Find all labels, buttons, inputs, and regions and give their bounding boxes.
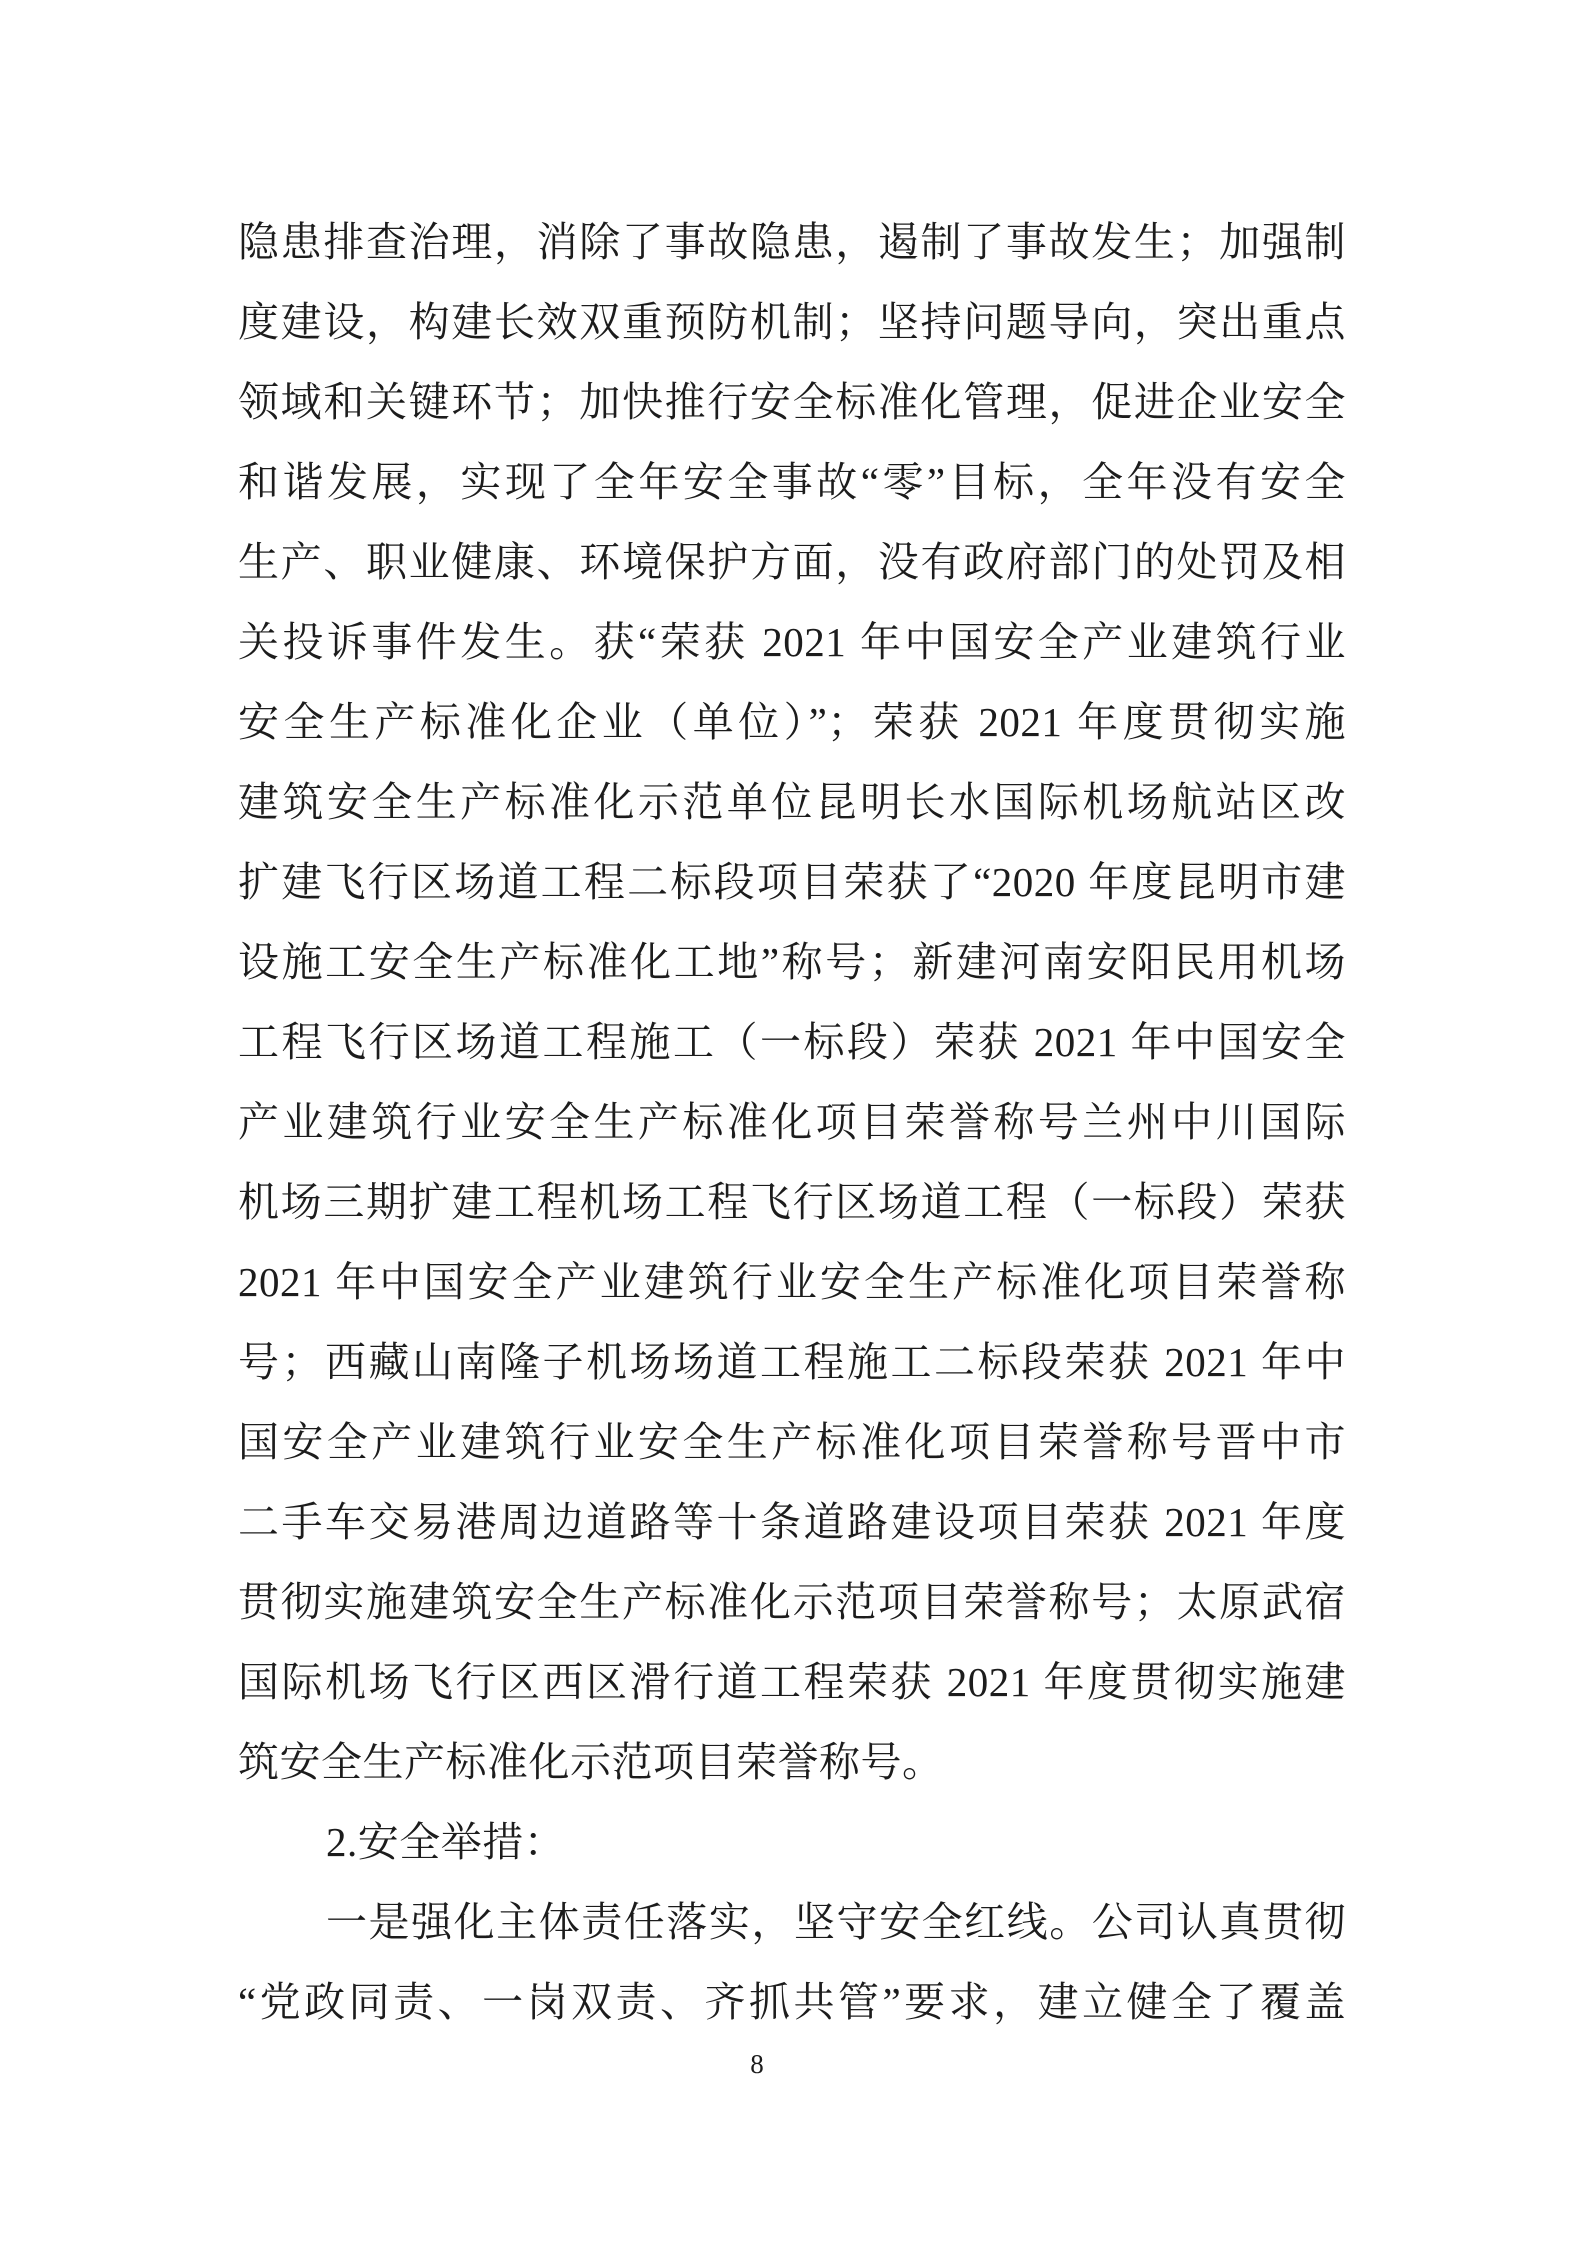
text-line: 机场三期扩建工程机场工程飞行区场道工程（一标段）荣获 (238, 1162, 1346, 1242)
text-line: 贯彻实施建筑安全生产标准化示范项目荣誉称号；太原武宿 (238, 1562, 1346, 1642)
text-line: 二手车交易港周边道路等十条道路建设项目荣获 2021 年度 (238, 1482, 1346, 1562)
text-line: 隐患排查治理，消除了事故隐患，遏制了事故发生；加强制 (238, 202, 1346, 282)
text-line: 设施工安全生产标准化工地”称号；新建河南安阳民用机场 (238, 922, 1346, 1002)
text-line: 生产、职业健康、环境保护方面，没有政府部门的处罚及相 (238, 522, 1346, 602)
document-page: 隐患排查治理，消除了事故隐患，遏制了事故发生；加强制 度建设，构建长效双重预防机… (0, 0, 1587, 2245)
text-line: 产业建筑行业安全生产标准化项目荣誉称号兰州中川国际 (238, 1082, 1346, 1162)
text-line: “党政同责、一岗双责、齐抓共管”要求，建立健全了覆盖 (238, 1962, 1346, 2042)
text-line: 建筑安全生产标准化示范单位昆明长水国际机场航站区改 (238, 762, 1346, 842)
text-line: 国际机场飞行区西区滑行道工程荣获 2021 年度贯彻实施建 (238, 1642, 1346, 1722)
text-line: 和谐发展，实现了全年安全事故“零”目标，全年没有安全 (238, 442, 1346, 522)
text-line: 关投诉事件发生。获“荣获 2021 年中国安全产业建筑行业 (238, 602, 1346, 682)
body-text: 隐患排查治理，消除了事故隐患，遏制了事故发生；加强制 度建设，构建长效双重预防机… (238, 202, 1346, 2042)
text-line: 扩建飞行区场道工程二标段项目荣获了“2020 年度昆明市建 (238, 842, 1346, 922)
text-line: 安全生产标准化企业（单位）”；荣获 2021 年度贯彻实施 (238, 682, 1346, 762)
text-line: 领域和关键环节；加快推行安全标准化管理，促进企业安全 (238, 362, 1346, 442)
text-line: 一是强化主体责任落实，坚守安全红线。公司认真贯彻 (238, 1882, 1346, 1962)
page-number: 8 (0, 2048, 1514, 2080)
text-line: 号；西藏山南隆子机场场道工程施工二标段荣获 2021 年中 (238, 1322, 1346, 1402)
text-line: 国安全产业建筑行业安全生产标准化项目荣誉称号晋中市 (238, 1402, 1346, 1482)
text-line: 2021 年中国安全产业建筑行业安全生产标准化项目荣誉称 (238, 1242, 1346, 1322)
text-line: 度建设，构建长效双重预防机制；坚持问题导向，突出重点 (238, 282, 1346, 362)
section-heading: 2.安全举措： (238, 1802, 1346, 1882)
text-line: 筑安全生产标准化示范项目荣誉称号。 (238, 1722, 1346, 1802)
text-line: 工程飞行区场道工程施工（一标段）荣获 2021 年中国安全 (238, 1002, 1346, 1082)
